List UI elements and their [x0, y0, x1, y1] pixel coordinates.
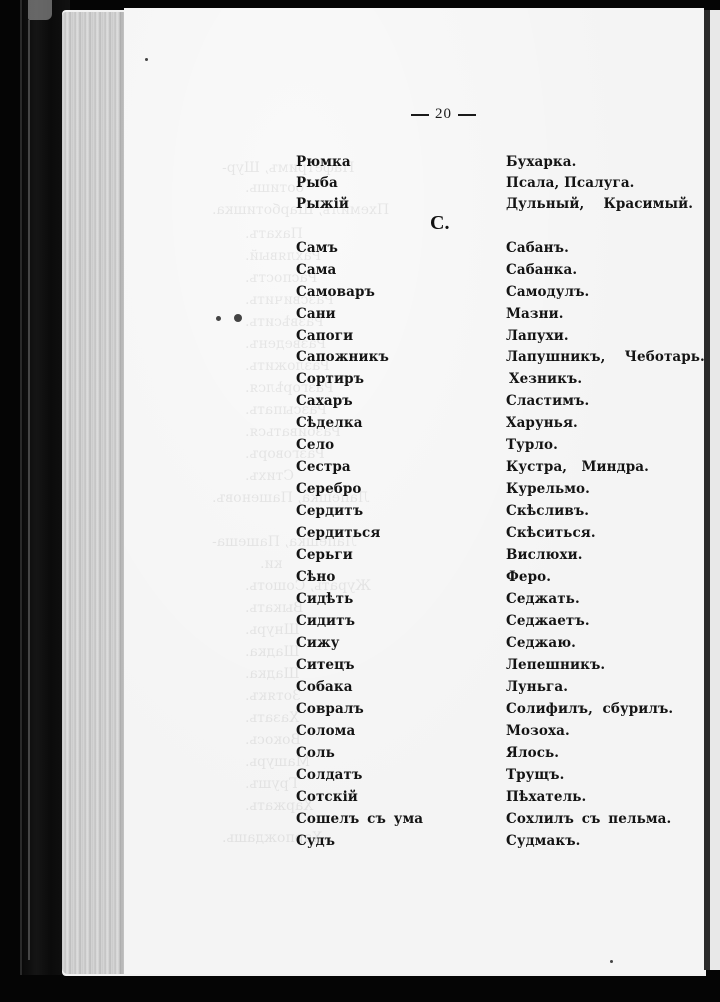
next-page-sliver: [710, 10, 720, 970]
headword: Судъ: [296, 830, 335, 852]
headword: Сошелъ съ ума: [296, 808, 423, 830]
dash-left: [411, 114, 429, 116]
gloss: Сабанка.: [506, 259, 577, 281]
gloss: Луньга.: [506, 676, 568, 698]
headword: Самъ: [296, 237, 338, 259]
gloss: Кустра, Миндра.: [506, 456, 649, 478]
gloss: Лапушникъ, Чеботарь.: [506, 346, 705, 368]
headword: Село: [296, 434, 334, 456]
ink-spot: [234, 314, 242, 322]
gloss: Сластимъ.: [506, 390, 589, 412]
headword: Сердитъ: [296, 500, 363, 522]
headword: Совралъ: [296, 698, 364, 720]
cover-corner-wear: [28, 0, 52, 20]
gloss: Седжать.: [506, 588, 580, 610]
section-heading: С.: [430, 212, 449, 235]
headword: Сотскій: [296, 786, 358, 808]
headword: Ситецъ: [296, 654, 355, 676]
gloss: Псала, Псалуга.: [506, 172, 634, 194]
headword: Сама: [296, 259, 336, 281]
headword: Рыжій: [296, 193, 349, 215]
gloss: Бухарка.: [506, 151, 576, 173]
gloss: Дульный, Красимый.: [506, 193, 693, 215]
gloss: Харунья.: [506, 412, 578, 434]
headword: Самоваръ: [296, 281, 375, 303]
headword: Сижу: [296, 632, 339, 654]
headword: Сестра: [296, 456, 351, 478]
gloss: Пѣхатель.: [506, 786, 586, 808]
gloss: Самодулъ.: [506, 281, 589, 303]
gloss: Скѣситься.: [506, 522, 596, 544]
gloss: Седжаю.: [506, 632, 576, 654]
gloss: Скѣсливъ.: [506, 500, 589, 522]
gloss: Солифилъ, сбурилъ.: [506, 698, 673, 720]
headword: Сани: [296, 303, 336, 325]
gloss: Сабанъ.: [506, 237, 569, 259]
page-edges-stack: [62, 12, 124, 974]
headword: Сѣделка: [296, 412, 363, 434]
gloss: Курельмо.: [506, 478, 590, 500]
ink-spot: [216, 316, 221, 321]
gloss: Седжаетъ.: [506, 610, 590, 632]
gloss: Мазни.: [506, 303, 564, 325]
speck: [610, 960, 613, 963]
gloss: Феро.: [506, 566, 551, 588]
headword: Серебро: [296, 478, 362, 500]
page-number: 20: [405, 106, 482, 123]
headword: Сѣно: [296, 566, 336, 588]
headword: Собака: [296, 676, 353, 698]
gloss: Ялось.: [506, 742, 559, 764]
page-number-value: 20: [435, 106, 452, 122]
headword: Сердиться: [296, 522, 380, 544]
headword: Сапожникъ: [296, 346, 389, 368]
headword: Солдатъ: [296, 764, 362, 786]
dash-right: [458, 114, 476, 116]
headword: Сапоги: [296, 325, 353, 347]
speck: [145, 58, 148, 61]
headword: Солома: [296, 720, 355, 742]
headword: Рюмка: [296, 151, 351, 173]
gloss: Хезникъ.: [509, 368, 582, 390]
headword: Соль: [296, 742, 335, 764]
gloss: Судмакъ.: [506, 830, 580, 852]
gloss: Лепешникъ.: [506, 654, 605, 676]
gloss: Турло.: [506, 434, 558, 456]
cover-edge-highlight: [28, 20, 30, 960]
headword: Сортиръ: [296, 368, 364, 390]
headword: Сахаръ: [296, 390, 353, 412]
gloss: Вислюхи.: [506, 544, 583, 566]
headword: Сидитъ: [296, 610, 355, 632]
headword: Серьги: [296, 544, 353, 566]
headword: Сидѣть: [296, 588, 353, 610]
headword: Рыба: [296, 172, 338, 194]
gloss: Лапухи.: [506, 325, 569, 347]
gloss: Трущъ.: [506, 764, 564, 786]
gloss: Сохлилъ съ пельма.: [506, 808, 671, 830]
gloss: Мозоха.: [506, 720, 570, 742]
